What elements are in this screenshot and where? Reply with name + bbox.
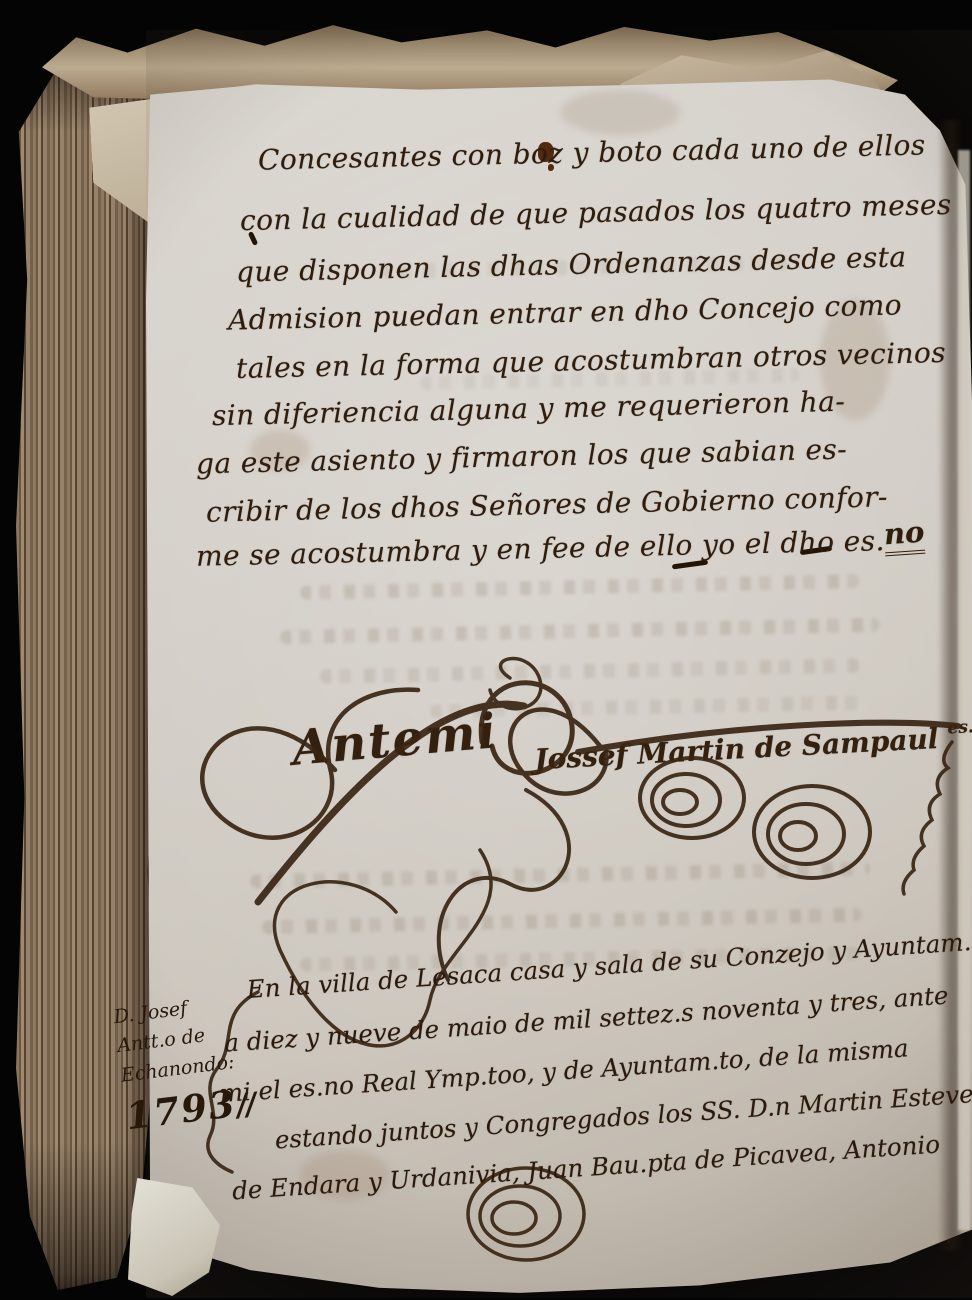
manuscript-photo: Concesantes con boz y boto cada uno de e… [0, 0, 972, 1300]
margin-note: D. Josef Antt.o de Echanondo: 1793// [112, 988, 257, 1139]
paper-stain [560, 90, 680, 135]
facing-page-sliver [958, 150, 970, 1230]
notary-title-abbreviation: es.no [947, 716, 972, 739]
escribano-abbreviation: no [883, 515, 926, 557]
